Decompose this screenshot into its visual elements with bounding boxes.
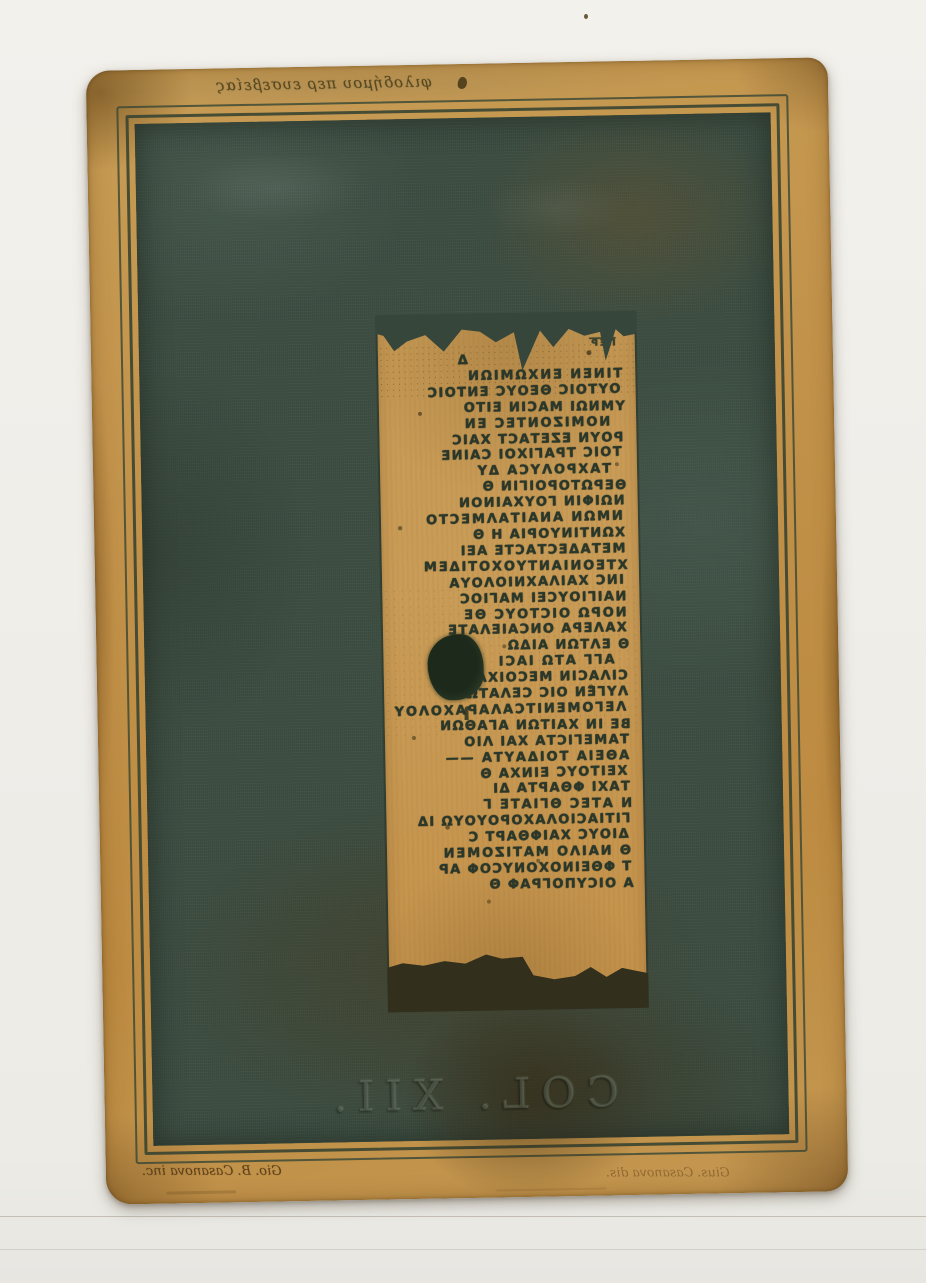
- papyrus-ragged-bottom-edge: [387, 936, 649, 1013]
- papyrus-hole: [427, 634, 484, 701]
- draftsman-signature-mirrored: Gius. Casanova dis.: [606, 1164, 730, 1179]
- plate-scuff: [166, 1190, 236, 1194]
- field-smudge: [186, 150, 367, 223]
- copper-plate: φιλοδήμου περ ευσεβείας ΠΕΡ ΔΤΙΝΕΝ ΕΝΧΩΜ…: [86, 57, 849, 1204]
- papyrus-line: Ν ΑΤΕϹ ΘΓΙΑΤΕ Γ: [402, 796, 632, 815]
- engraved-dark-field: ΠΕΡ ΔΤΙΝΕΝ ΕΝΧΩΜΙΩΝΟΥΤΟΙϹ ΘΕΟΥϹ ΕΝΤΟΙϹΥΜ…: [135, 112, 790, 1145]
- papyrus-line: ΘΕΡΩΤΟΡΟΙΓΙΝ Θ: [396, 478, 626, 497]
- backdrop-speck: [584, 14, 588, 19]
- papyrus-text: ΠΕΡ ΔΤΙΝΕΝ ΕΝΧΩΜΙΩΝΟΥΤΟΙϹ ΘΕΟΥϹ ΕΝΤΟΙϹΥΜ…: [392, 337, 632, 895]
- photograph: φιλοδήμου περ ευσεβείας ΠΕΡ ΔΤΙΝΕΝ ΕΝΧΩΜ…: [0, 0, 926, 1283]
- papyrus-line: ΒΕ ΙΝ ΧΑΙΤΩΝ ΑΓΑΘΩΝ: [401, 717, 631, 736]
- backdrop-seam-line: [0, 1249, 926, 1250]
- field-smudge: [486, 176, 627, 239]
- papyrus-line: ΥΜΝΩΙ ΜΑϹΙΝ ΕΙΤΟ: [395, 399, 625, 418]
- papyrus-window: ΠΕΡ ΔΤΙΝΕΝ ΕΝΧΩΜΙΩΝΟΥΤΟΙϹ ΘΕΟΥϹ ΕΝΤΟΙϹΥΜ…: [377, 313, 647, 1011]
- engraver-signature-mirrored: Gio. B. Casanova inc.: [142, 1164, 282, 1179]
- field-stain: [376, 994, 681, 1249]
- papyrus-line: Α ΟΙϹΥΠΟΓΡΑΦ Θ: [404, 876, 634, 895]
- column-label-mirrored: COL. XII.: [152, 1064, 789, 1125]
